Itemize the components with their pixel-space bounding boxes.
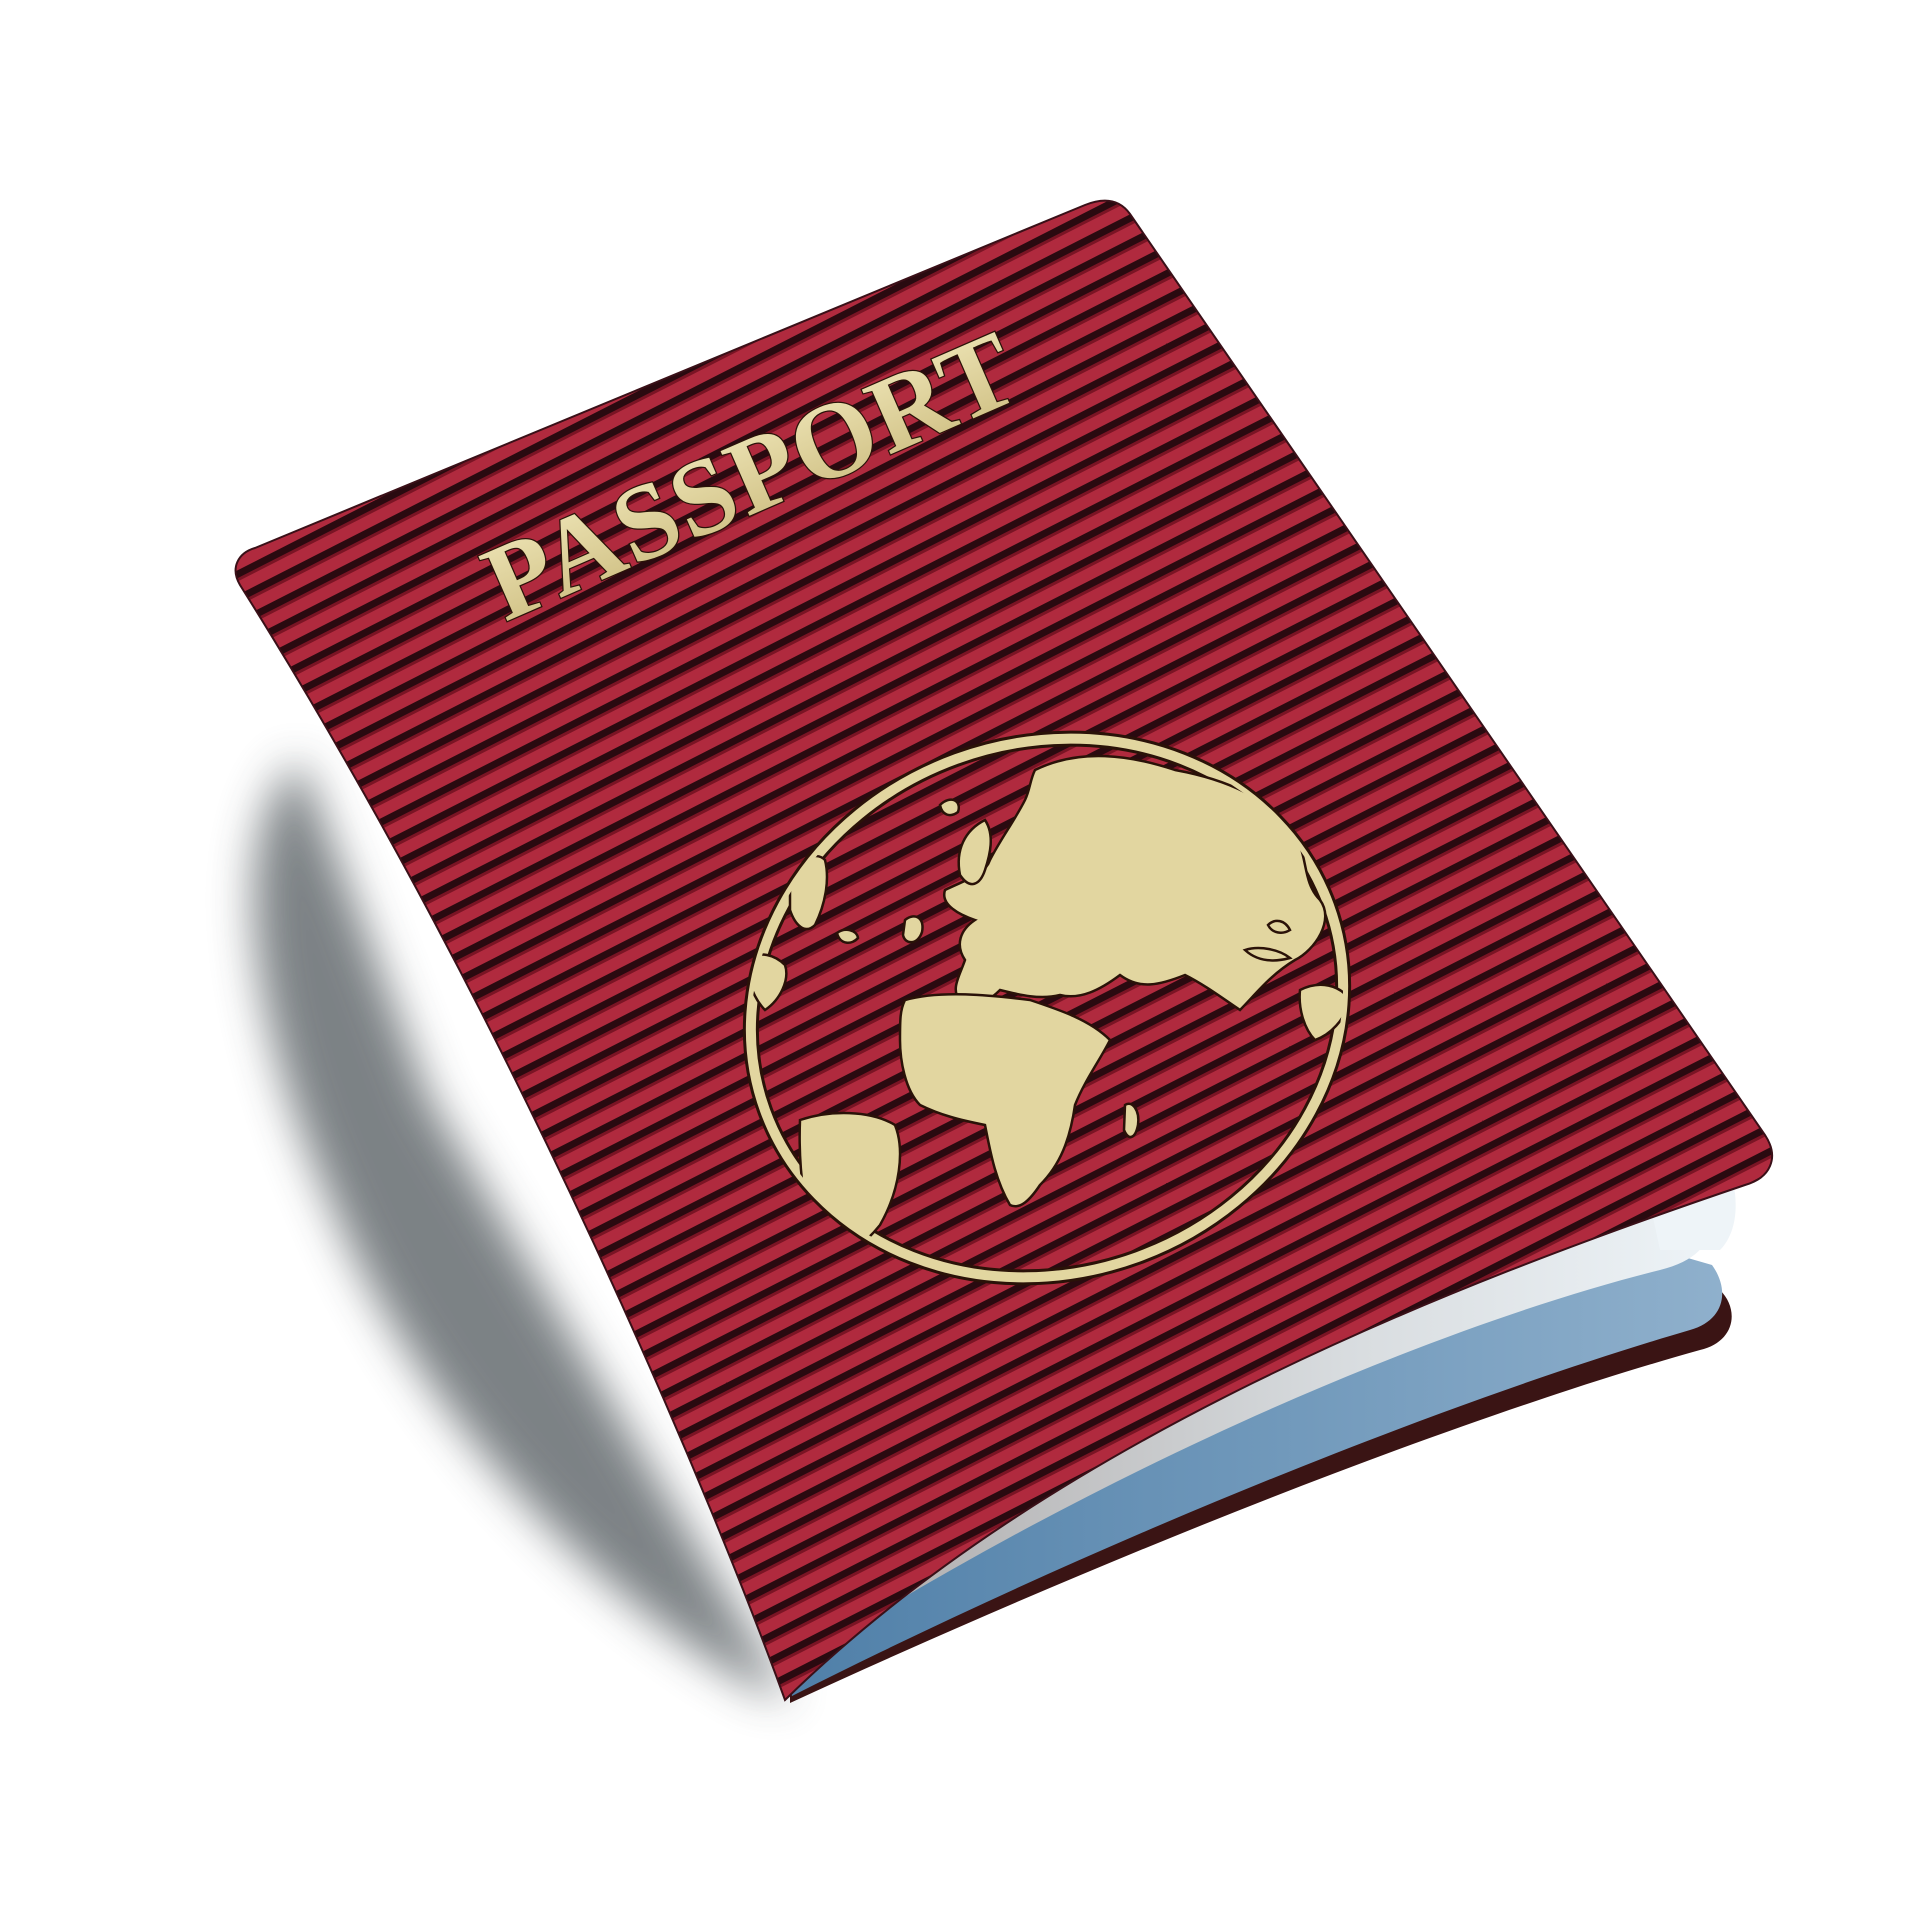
passport-illustration: PASSPORT — [0, 0, 1920, 1920]
